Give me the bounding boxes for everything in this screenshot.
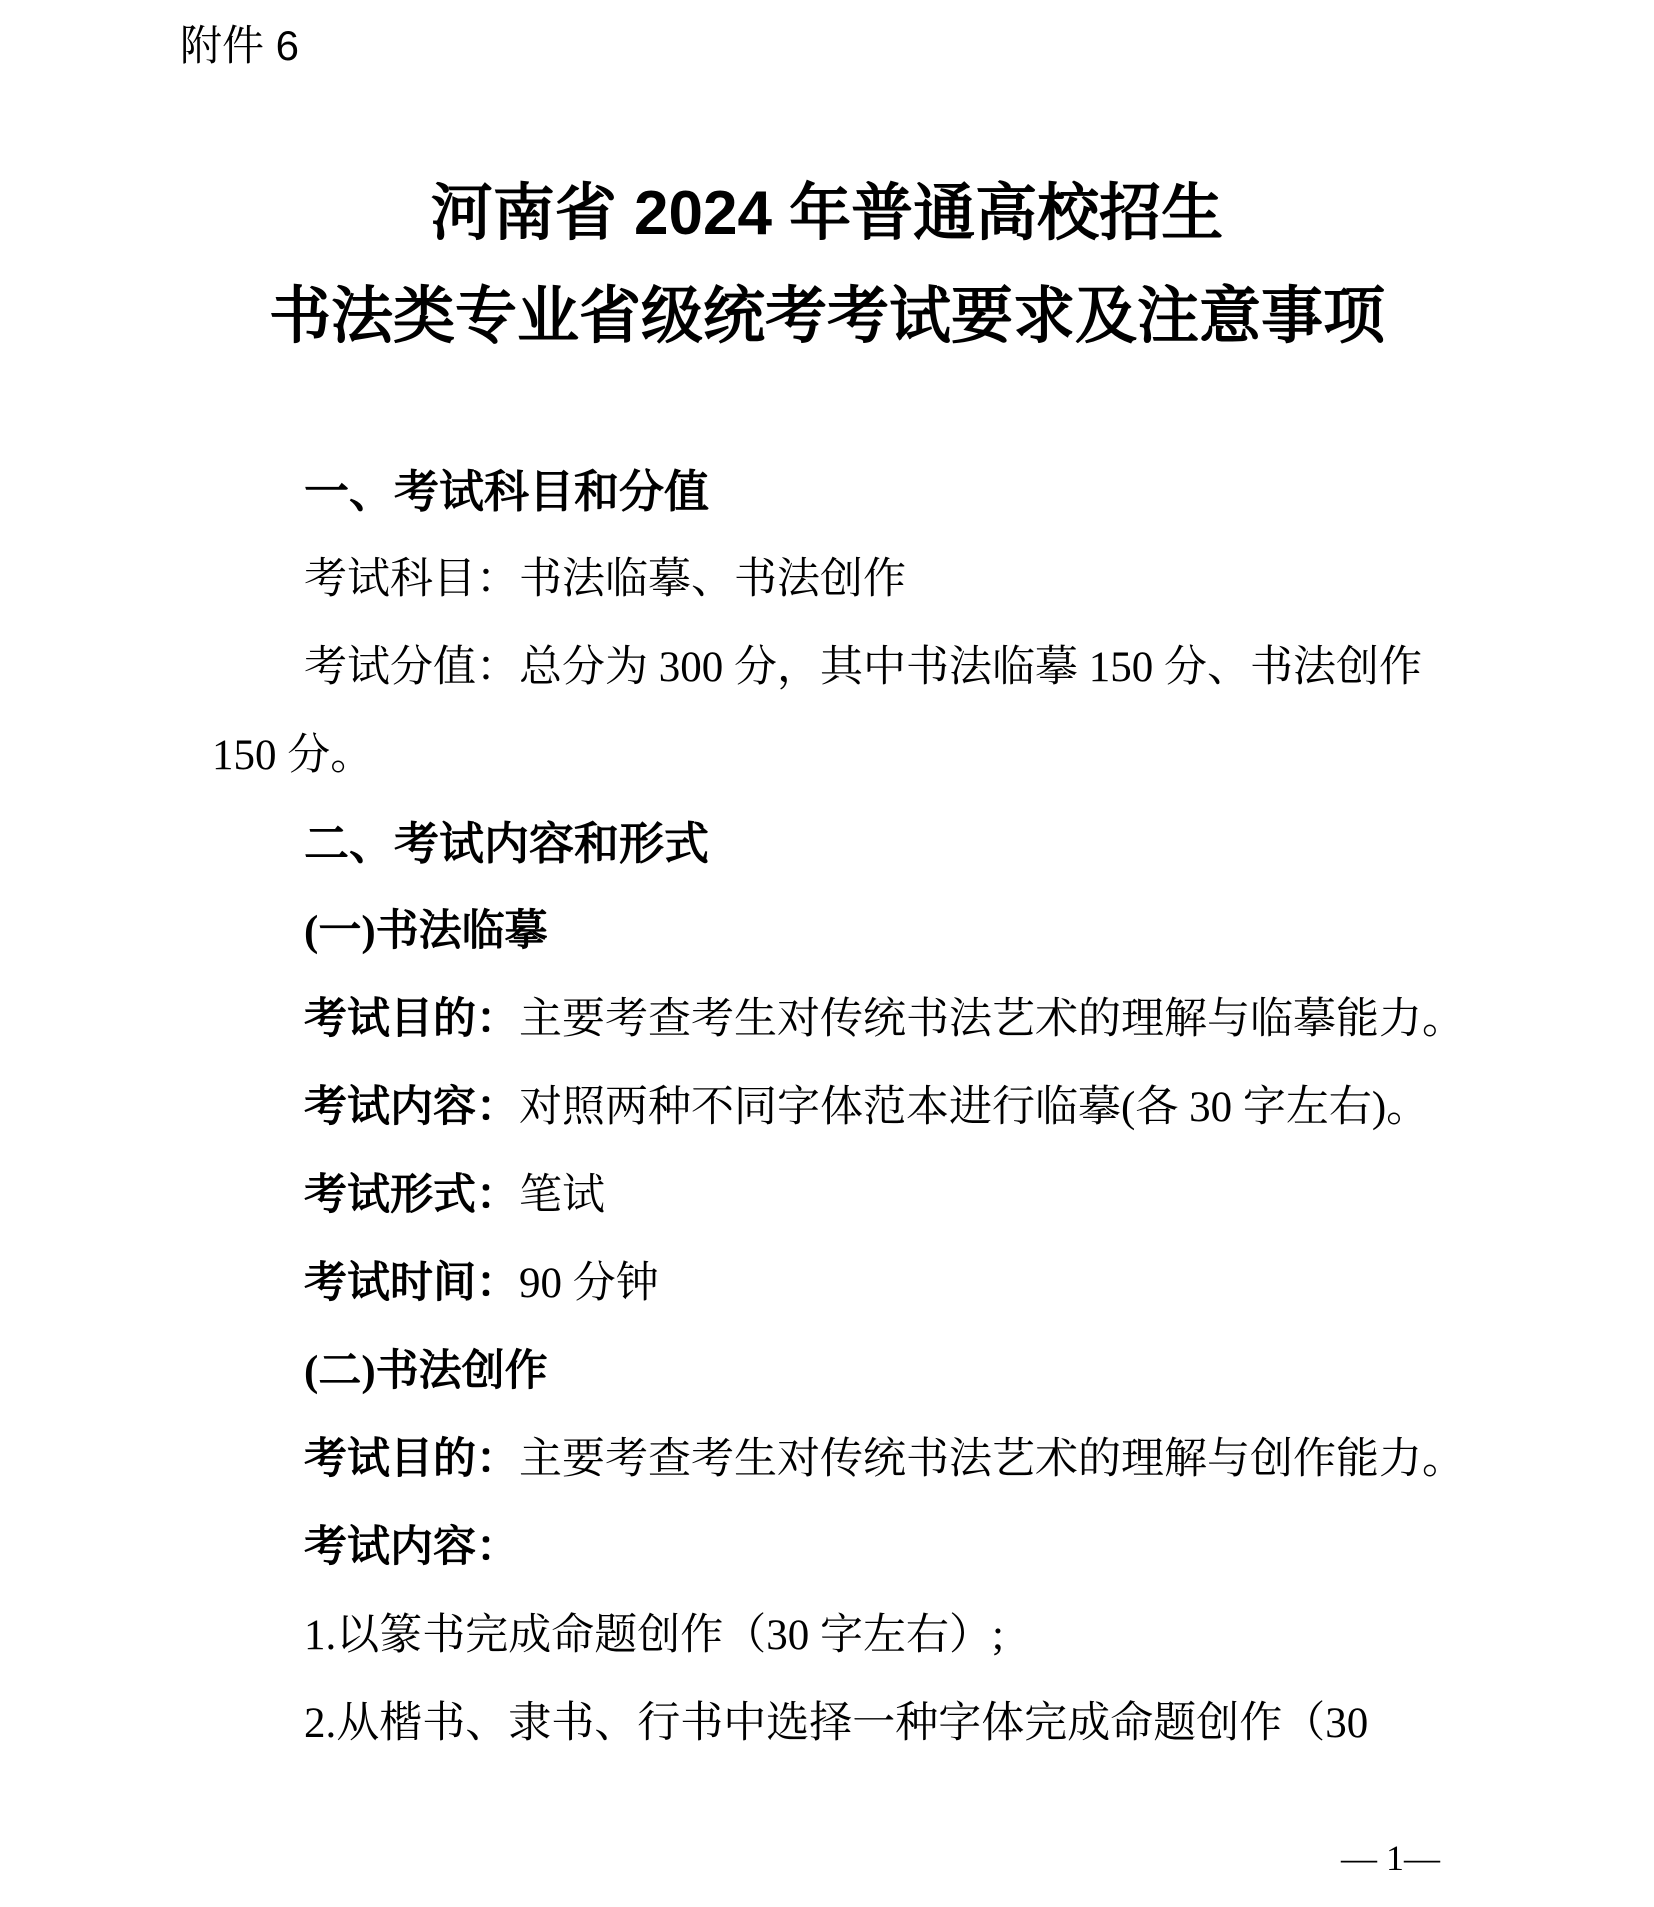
text-exam-purpose: 主要考查考生对传统书法艺术的理解与临摹能力。 — [519, 996, 1465, 1043]
subsection-heading-calligraphy-copying: (一)书法临摹 — [212, 888, 1480, 976]
paragraph-copying-format: 考试形式：笔试 — [212, 1152, 1480, 1240]
list-item-other-scripts: 2.从楷书、隶书、行书中选择一种字体完成命题创作（30 — [212, 1680, 1480, 1768]
paragraph-copying-duration: 考试时间：90 分钟 — [212, 1240, 1480, 1328]
subsection-heading-calligraphy-creation: (二)书法创作 — [212, 1328, 1480, 1416]
section-heading-exam-content-format: 二、考试内容和形式 — [212, 800, 1480, 888]
page-number: — 1— — [1341, 1837, 1440, 1879]
text-creation-purpose: 主要考查考生对传统书法艺术的理解与创作能力。 — [519, 1436, 1465, 1483]
document-page: 附件 6 河南省 2024 年普通高校招生 书法类专业省级统考考试要求及注意事项… — [0, 0, 1654, 1907]
label-exam-purpose: 考试目的： — [304, 996, 519, 1043]
label-creation-content: 考试内容： — [304, 1524, 519, 1571]
list-item-seal-script: 1.以篆书完成命题创作（30 字左右）; — [212, 1592, 1480, 1680]
paragraph-exam-scores: 考试分值：总分为 300 分，其中书法临摹 150 分、书法创作 150 分。 — [212, 624, 1480, 800]
title-line-1: 河南省 2024 年普通高校招生 — [0, 162, 1654, 265]
paragraph-exam-scores-line1: 考试分值：总分为 300 分，其中书法临摹 150 分、书法创作 — [304, 644, 1422, 691]
text-exam-duration: 90 分钟 — [519, 1260, 659, 1307]
paragraph-creation-purpose: 考试目的：主要考查考生对传统书法艺术的理解与创作能力。 — [212, 1416, 1480, 1504]
text-exam-content: 对照两种不同字体范本进行临摹(各 30 字左右)。 — [519, 1084, 1429, 1131]
document-title: 河南省 2024 年普通高校招生 书法类专业省级统考考试要求及注意事项 — [0, 162, 1654, 368]
section-heading-exam-subjects-scores: 一、考试科目和分值 — [212, 448, 1480, 536]
paragraph-copying-purpose: 考试目的：主要考查考生对传统书法艺术的理解与临摹能力。 — [212, 976, 1480, 1064]
label-creation-purpose: 考试目的： — [304, 1436, 519, 1483]
title-line-2: 书法类专业省级统考考试要求及注意事项 — [0, 265, 1654, 368]
paragraph-exam-subjects: 考试科目：书法临摹、书法创作 — [212, 536, 1480, 624]
label-exam-duration: 考试时间： — [304, 1260, 519, 1307]
paragraph-exam-scores-line2: 150 分。 — [212, 732, 373, 779]
text-exam-format: 笔试 — [519, 1172, 605, 1219]
label-exam-format: 考试形式： — [304, 1172, 519, 1219]
document-body: 一、考试科目和分值 考试科目：书法临摹、书法创作 考试分值：总分为 300 分，… — [212, 448, 1480, 1768]
attachment-label: 附件 6 — [180, 18, 1654, 74]
paragraph-creation-content-header: 考试内容： — [212, 1504, 1480, 1592]
paragraph-copying-content: 考试内容：对照两种不同字体范本进行临摹(各 30 字左右)。 — [212, 1064, 1480, 1152]
label-exam-content: 考试内容： — [304, 1084, 519, 1131]
